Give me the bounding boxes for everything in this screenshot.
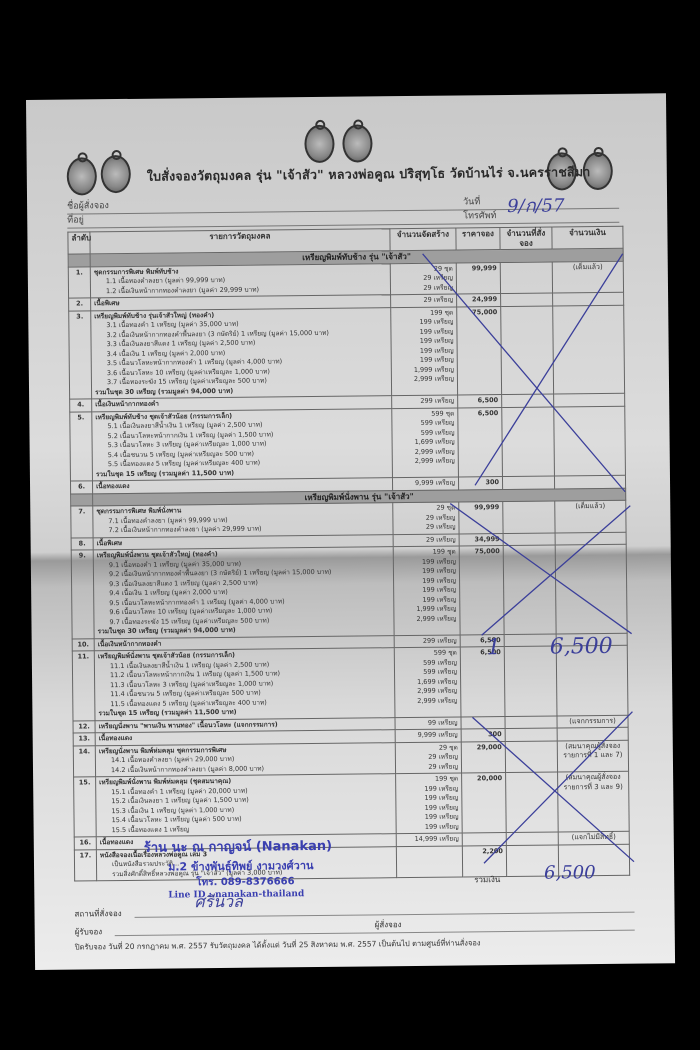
qty-value: 199 เหรียญ <box>394 318 453 328</box>
reservation-price: 99,999 <box>456 262 500 294</box>
medal-icon <box>304 125 334 163</box>
amount-cell[interactable] <box>555 532 626 545</box>
production-qty: 29 ชุด29 เหรียญ29 เหรียญ <box>390 263 456 295</box>
item-name: เนื้อทองแดง <box>100 838 134 846</box>
qty-value: 29 เหรียญ <box>397 535 456 545</box>
item-description: เหรียญพิมพ์นั่งพาน พิมพ์ห่มคลุม (ชุดสมนา… <box>96 774 397 837</box>
production-qty <box>396 845 462 877</box>
handwritten-total: 6,500 <box>544 862 596 884</box>
qty-value: 2,999 เหรียญ <box>395 375 454 385</box>
reservation-price: 75,000 <box>459 546 504 635</box>
production-qty: 9,999 เหรียญ <box>392 477 458 490</box>
ordered-qty-cell[interactable] <box>506 772 559 833</box>
amount-cell[interactable] <box>553 292 624 305</box>
item-number: 16. <box>74 837 96 850</box>
production-qty: 299 เหรียญ <box>394 634 460 647</box>
amount-cell[interactable] <box>553 305 625 394</box>
amount-cell[interactable] <box>557 727 628 740</box>
qty-value: 9,999 เหรียญ <box>399 731 458 741</box>
reservation-price <box>462 833 506 846</box>
qty-value: 199 เหรียญ <box>395 356 454 366</box>
qty-value: 1,699 เหรียญ <box>396 438 455 448</box>
reservation-price: 29,000 <box>461 741 505 773</box>
qty-value: 199 เหรียญ <box>399 794 458 804</box>
section-cell <box>71 493 93 506</box>
amount-cell[interactable] <box>554 406 626 476</box>
qty-value: 199 ชุด <box>399 775 458 785</box>
item-description: เหรียญพิมพ์ทับช้าง รุ่นเจ้าสัวใหญ่ (ทองค… <box>91 307 392 399</box>
item-name: เหรียญพิมพ์นั่งพาน ชุดเจ้าสัวน้อย (กรรมก… <box>98 651 235 660</box>
handwritten-amount: 6,500 <box>550 634 613 660</box>
qty-value: 199 เหรียญ <box>397 567 456 577</box>
ordered-qty-cell[interactable] <box>501 305 554 394</box>
item-number: 4. <box>70 399 92 412</box>
item-name: เหรียญพิมพ์ทับช้าง ชุดเจ้าสัวน้อย (กรรมก… <box>95 411 232 420</box>
phone-label: โทรศัพท์ <box>463 208 496 222</box>
qty-value: 199 เหรียญ <box>397 586 456 596</box>
item-number: 15. <box>74 777 97 837</box>
item-name: เนื้อเงินหน้ากากทองคำ <box>95 400 159 409</box>
qty-value: 299 เหรียญ <box>398 636 457 646</box>
qty-value: 199 เหรียญ <box>395 337 454 347</box>
qty-value: 29 เหรียญ <box>394 296 453 306</box>
ordered-qty-cell[interactable] <box>505 715 557 728</box>
handwritten-ordered-qty: 1 <box>487 635 501 660</box>
item-name: เหรียญพิมพ์นั่งพาน พิมพ์ห่มคลุม (ชุดสมนา… <box>99 777 231 786</box>
reservation-price: 20,000 <box>462 773 507 833</box>
item-name: เนื้อเงินหน้ากากทองคำ <box>98 639 162 648</box>
ordered-qty-cell[interactable] <box>504 633 556 646</box>
qty-value: 2,999 เหรียญ <box>397 614 456 624</box>
item-description: ชุดกรรมการพิเศษ พิมพ์ทับช้าง1.1 เนื้อทอง… <box>90 263 390 298</box>
qty-value: 29 เหรียญ <box>399 753 458 763</box>
item-number: 9. <box>71 550 94 639</box>
qty-value: 9,999 เหรียญ <box>396 479 455 489</box>
form-header: ใบสั่งจองวัตถุมงคล รุ่น "เจ้าสัว" หลวงพ่… <box>66 122 627 198</box>
production-qty: 199 ชุด199 เหรียญ199 เหรียญ199 เหรียญ199… <box>391 307 458 396</box>
column-header: จำนวนเงิน <box>552 226 623 249</box>
ordered-qty-cell[interactable] <box>502 394 554 407</box>
address-label: ที่อยู่ <box>67 212 84 226</box>
column-header: จำนวนที่สั่งจอง <box>500 227 552 250</box>
closing-notice: ปิดรับจอง วันที่ 20 กรกฎาคม พ.ศ. 2557 รั… <box>75 937 481 953</box>
qty-value: 2,999 เหรียญ <box>396 457 455 467</box>
ordered-qty-cell[interactable] <box>503 501 555 533</box>
item-number: 14. <box>73 745 95 777</box>
ordered-qty-cell[interactable] <box>505 728 557 741</box>
item-name: เหรียญนั่งพาน "พานเงิน พานทอง" เนื้อนวโล… <box>99 720 278 730</box>
place-label: สถานที่สั่งจอง <box>74 907 121 920</box>
column-header: รายการวัตถุมงคล <box>90 229 390 254</box>
item-name: เหรียญนั่งพาน พิมพ์ห่มคลุม ชุดกรรมการพิเ… <box>99 745 227 754</box>
item-number: 7. <box>71 506 93 538</box>
orderer-label: ชื่อผู้สั่งจอง <box>67 198 109 212</box>
item-number: 3. <box>69 310 92 399</box>
qty-value: 599 เหรียญ <box>395 419 454 429</box>
table-row: 15.เหรียญพิมพ์นั่งพาน พิมพ์ห่มคลุม (ชุดส… <box>74 771 630 837</box>
form-title: ใบสั่งจองวัตถุมงคล รุ่น "เจ้าสัว" หลวงพ่… <box>147 162 591 187</box>
item-name: เนื้อทองแดง <box>96 482 130 490</box>
item-description: ชุดกรรมการพิเศษ พิมพ์นั่งพาน7.1 เนื้อทอง… <box>93 503 393 538</box>
qty-value: 29 เหรียญ <box>394 283 453 293</box>
item-name: เหรียญพิมพ์ทับช้าง รุ่นเจ้าสัวใหญ่ (ทองค… <box>94 311 214 320</box>
item-name: เนื้อพิเศษ <box>94 299 120 307</box>
reservation-price: 6,500 <box>458 395 502 408</box>
production-qty: 599 ชุด599 เหรียญ599 เหรียญ1,699 เหรียญ2… <box>394 647 461 717</box>
amount-cell[interactable]: (เต็มแล้ว) <box>555 500 626 532</box>
ordered-qty-cell[interactable] <box>505 740 557 772</box>
ordered-qty-cell[interactable] <box>503 545 556 634</box>
table-row: 5.เหรียญพิมพ์ทับช้าง ชุดเจ้าสัวน้อย (กรร… <box>70 406 626 481</box>
ordered-qty-cell[interactable] <box>500 261 552 293</box>
table-row: 3.เหรียญพิมพ์ทับช้าง รุ่นเจ้าสัวใหญ่ (ทอ… <box>69 305 625 399</box>
item-number: 12. <box>73 720 95 733</box>
section-cell <box>68 254 90 267</box>
qty-value: 1,999 เหรียญ <box>397 605 456 615</box>
reservation-price: 300 <box>461 729 505 742</box>
qty-value: 199 ชุด <box>397 548 456 558</box>
stamp-shop-name: ร้าน นะ ณ กาญจน์ (Nanakan) <box>144 835 332 858</box>
production-qty: 199 ชุด199 เหรียญ199 เหรียญ199 เหรียญ199… <box>393 546 460 635</box>
medal-icon <box>67 157 97 195</box>
amount-cell[interactable]: (สมนาคุณผู้สั่งจองรายการที่ 3 และ 9) <box>558 771 630 832</box>
amount-cell[interactable] <box>555 544 627 633</box>
qty-value: 199 เหรียญ <box>399 813 458 823</box>
items-table: ลำดับรายการวัตถุมงคลจำนวนจัดสร้างราคาจอง… <box>67 226 630 881</box>
qty-value: 29 เหรียญ <box>394 274 453 284</box>
order-form-paper: ใบสั่งจองวัตถุมงคล รุ่น "เจ้าสัว" หลวงพ่… <box>26 93 675 970</box>
item-number: 17. <box>74 849 96 881</box>
qty-value: 29 เหรียญ <box>399 762 458 772</box>
production-qty: 9,999 เหรียญ <box>395 729 461 742</box>
qty-value: 599 ชุด <box>398 649 457 659</box>
column-header: ลำดับ <box>68 232 90 254</box>
amount-cell[interactable] <box>554 393 625 406</box>
production-qty: 199 ชุด199 เหรียญ199 เหรียญ199 เหรียญ199… <box>396 773 463 834</box>
amount-cell[interactable]: (เต็มแล้ว) <box>552 261 623 293</box>
item-number: 6. <box>70 481 92 494</box>
item-name: เหรียญพิมพ์นั่งพาน ชุดเจ้าสัวใหญ่ (ทองคำ… <box>97 550 218 559</box>
qty-value: 2,999 เหรียญ <box>398 687 457 697</box>
qty-value: 2,999 เหรียญ <box>398 696 457 706</box>
item-number: 13. <box>73 733 95 746</box>
ordered-qty-cell[interactable] <box>506 832 558 845</box>
receiver-label: ผู้รับจอง <box>75 925 103 938</box>
item-description: เหรียญพิมพ์นั่งพาน ชุดเจ้าสัวน้อย (กรรมก… <box>94 648 395 721</box>
column-header: จำนวนจัดสร้าง <box>390 228 456 251</box>
ordered-qty-cell[interactable] <box>502 406 555 476</box>
production-qty: 29 เหรียญ <box>391 294 457 307</box>
amount-cell[interactable]: (แจกไม่มีสิทธิ์) <box>558 831 629 844</box>
reservation-price: 300 <box>458 477 502 490</box>
item-number: 11. <box>72 651 95 721</box>
item-number: 1. <box>68 266 90 298</box>
amount-cell[interactable] <box>554 475 625 488</box>
ordered-qty-cell[interactable] <box>503 532 555 545</box>
production-qty: 99 เหรียญ <box>395 716 461 729</box>
production-qty: 29 ชุด29 เหรียญ29 เหรียญ <box>395 741 461 773</box>
production-qty: 29 เหรียญ <box>393 533 459 546</box>
table-row: 11.เหรียญพิมพ์นั่งพาน ชุดเจ้าสัวน้อย (กร… <box>72 645 628 720</box>
item-number: 2. <box>69 298 91 311</box>
qty-value: 29 เหรียญ <box>396 523 455 533</box>
reservation-price: 75,000 <box>457 306 502 395</box>
ordered-qty-cell[interactable] <box>501 293 553 306</box>
item-name: ชุดกรรมการพิเศษ พิมพ์นั่งพาน <box>96 506 181 515</box>
qty-value: 599 เหรียญ <box>398 668 457 678</box>
total-label: รวมเงิน <box>474 873 500 886</box>
production-qty: 29 ชุด29 เหรียญ29 เหรียญ <box>393 502 459 534</box>
reservation-price <box>461 716 505 729</box>
reservation-price: 99,999 <box>459 502 503 534</box>
ordered-qty-cell[interactable] <box>502 476 554 489</box>
item-description: เหรียญพิมพ์นั่งพาน ชุดเจ้าสัวใหญ่ (ทองคำ… <box>93 547 394 639</box>
medal-icon <box>342 124 372 162</box>
item-description: เหรียญนั่งพาน พิมพ์ห่มคลุม ชุดกรรมการพิเ… <box>95 742 395 777</box>
qty-value: 14,999 เหรียญ <box>400 835 459 845</box>
date-label: วันที่ <box>463 194 480 208</box>
item-name: เนื้อพิเศษ <box>97 539 123 547</box>
amount-cell[interactable]: (แจกกรรมการ) <box>557 715 628 728</box>
production-qty: 599 ชุด599 เหรียญ599 เหรียญ1,699 เหรียญ2… <box>392 407 459 477</box>
item-name: เนื้อทองแดง <box>99 734 133 742</box>
table-row: 9.เหรียญพิมพ์นั่งพาน ชุดเจ้าสัวใหญ่ (ทอง… <box>71 544 627 638</box>
qty-value: 29 ชุด <box>396 504 455 514</box>
stamp-address: ม.2 ข้างพันธุ์ทิพย์ งามวงศ์วาน <box>144 856 332 876</box>
reservation-price: 24,999 <box>457 294 501 307</box>
item-name: ชุดกรรมการพิเศษ พิมพ์ทับช้าง <box>94 267 179 276</box>
handwritten-date: 9/ก/57 <box>507 190 565 220</box>
medal-icon <box>101 155 131 193</box>
signature: ศรีนวล <box>194 890 243 916</box>
item-number: 8. <box>71 537 93 550</box>
reservation-price: 34,999 <box>459 533 503 546</box>
item-description: เหรียญพิมพ์ทับช้าง ชุดเจ้าสัวน้อย (กรรมก… <box>92 408 393 481</box>
item-number: 10. <box>72 638 94 651</box>
qty-value: 299 เหรียญ <box>395 397 454 407</box>
orderer-sign-label: ผู้สั่งจอง <box>375 918 402 931</box>
reservation-price: 6,500 <box>458 407 503 477</box>
column-header: ราคาจอง <box>456 228 500 250</box>
amount-cell[interactable]: (สมนาคุณผู้สั่งจองรายการที่ 1 และ 7) <box>557 740 628 772</box>
qty-value: 99 เหรียญ <box>398 718 457 728</box>
qty-value: 199 เหรียญ <box>400 822 459 832</box>
item-number: 5. <box>70 411 93 481</box>
production-qty: 14,999 เหรียญ <box>396 833 462 846</box>
production-qty: 299 เหรียญ <box>392 395 458 408</box>
